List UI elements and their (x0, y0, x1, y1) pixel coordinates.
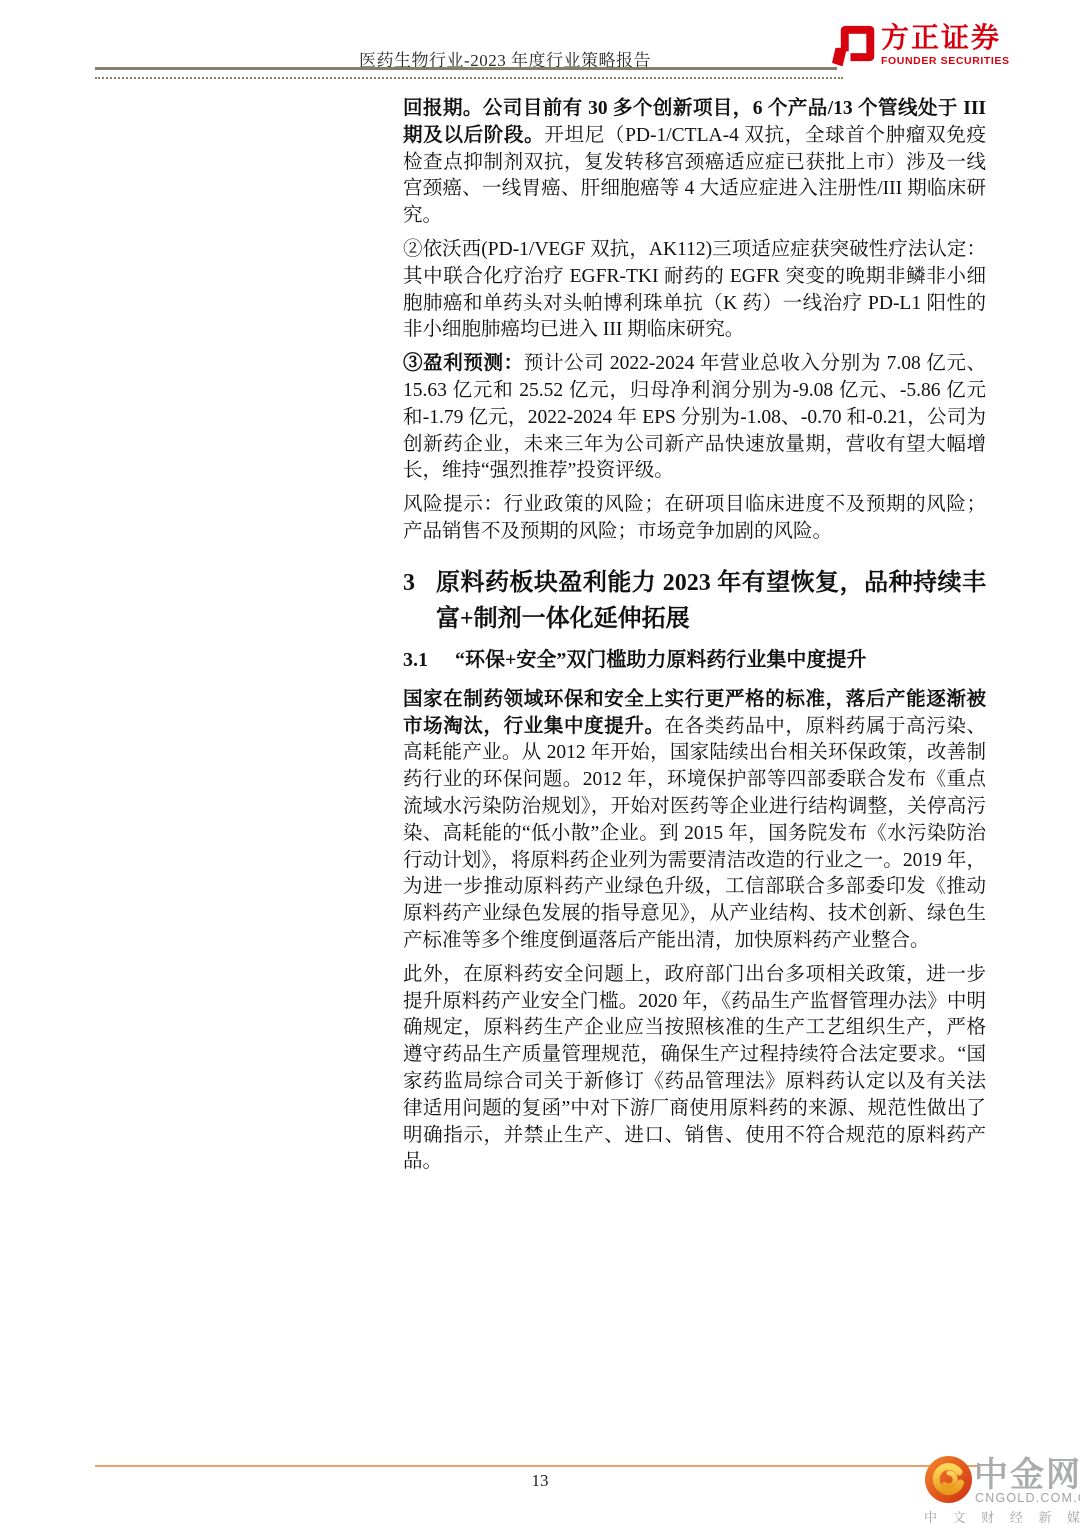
paragraph-ivonescimab: ②依沃西(PD-1/VEGF 双抗，AK112)三项适应症获突破性疗法认定：其中… (403, 237, 986, 344)
section-number: 3 (403, 565, 436, 637)
header-rule-dotted (95, 77, 843, 79)
founder-logo-text: 方正证券 FOUNDER SECURITIES (881, 23, 1010, 67)
cngold-swirl-icon (925, 1456, 972, 1503)
paragraph-profit-forecast: ③盈利预测：预计公司 2022-2024 年营业总收入分别为 7.08 亿元、1… (403, 351, 986, 485)
subsection-number: 3.1 (403, 646, 455, 674)
paragraph-environment-policy: 国家在制药领域环保和安全上实行更严格的标准，落后产能逐渐被市场淘汰，行业集中度提… (403, 687, 986, 955)
founder-name-en: FOUNDER SECURITIES (881, 55, 1010, 67)
profit-forecast-label: ③盈利预测： (403, 353, 524, 374)
report-page: 医药生物行业-2023 年度行业策略报告 方正证券 FOUNDER SECURI… (0, 0, 1080, 1528)
section-heading-3: 3 原料药板块盈利能力 2023 年有望恢复，品种持续丰富+制剂一体化延伸拓展 (403, 565, 986, 637)
cngold-domain: CNGOLD.COM.CN (975, 1491, 1080, 1505)
founder-securities-logo: 方正证券 FOUNDER SECURITIES (832, 23, 1010, 71)
section-heading-3-1: 3.1 “环保+安全”双门槛助力原料药行业集中度提升 (403, 646, 986, 674)
subsection-title: “环保+安全”双门槛助力原料药行业集中度提升 (455, 646, 866, 674)
paragraph-text: 在各类药品中，原料药属于高污染、高耗能产业。从 2012 年开始，国家陆续出台相… (403, 716, 986, 951)
founder-name-cn: 方正证券 (881, 23, 1010, 53)
paragraph-risk-warning: 风险提示：行业政策的风险；在研项目临床进度不及预期的风险；产品销售不及预期的风险… (403, 492, 986, 546)
paragraph-safety-policy: 此外，在原料药安全问题上，政府部门出台多项相关政策，进一步提升原料药产业安全门槛… (403, 962, 986, 1176)
report-body: 回报期。公司目前有 30 多个创新项目，6 个产品/13 个管线处于 III 期… (403, 96, 986, 1183)
cngold-tagline: 中 文 财 经 新 媒 体 (924, 1507, 1080, 1526)
cngold-name: 中金网 (974, 1458, 1080, 1492)
founder-square-icon (832, 23, 876, 71)
footer-rule (95, 1465, 978, 1467)
section-title: 原料药板块盈利能力 2023 年有望恢复，品种持续丰富+制剂一体化延伸拓展 (436, 565, 986, 637)
paragraph-project-pipeline: 回报期。公司目前有 30 多个创新项目，6 个产品/13 个管线处于 III 期… (403, 96, 986, 230)
header-rule-solid (95, 67, 837, 70)
cngold-watermark: 中金网 CNGOLD.COM.CN 中 文 财 经 新 媒 体 (922, 1443, 1080, 1525)
page-number: 13 (0, 1471, 1080, 1491)
